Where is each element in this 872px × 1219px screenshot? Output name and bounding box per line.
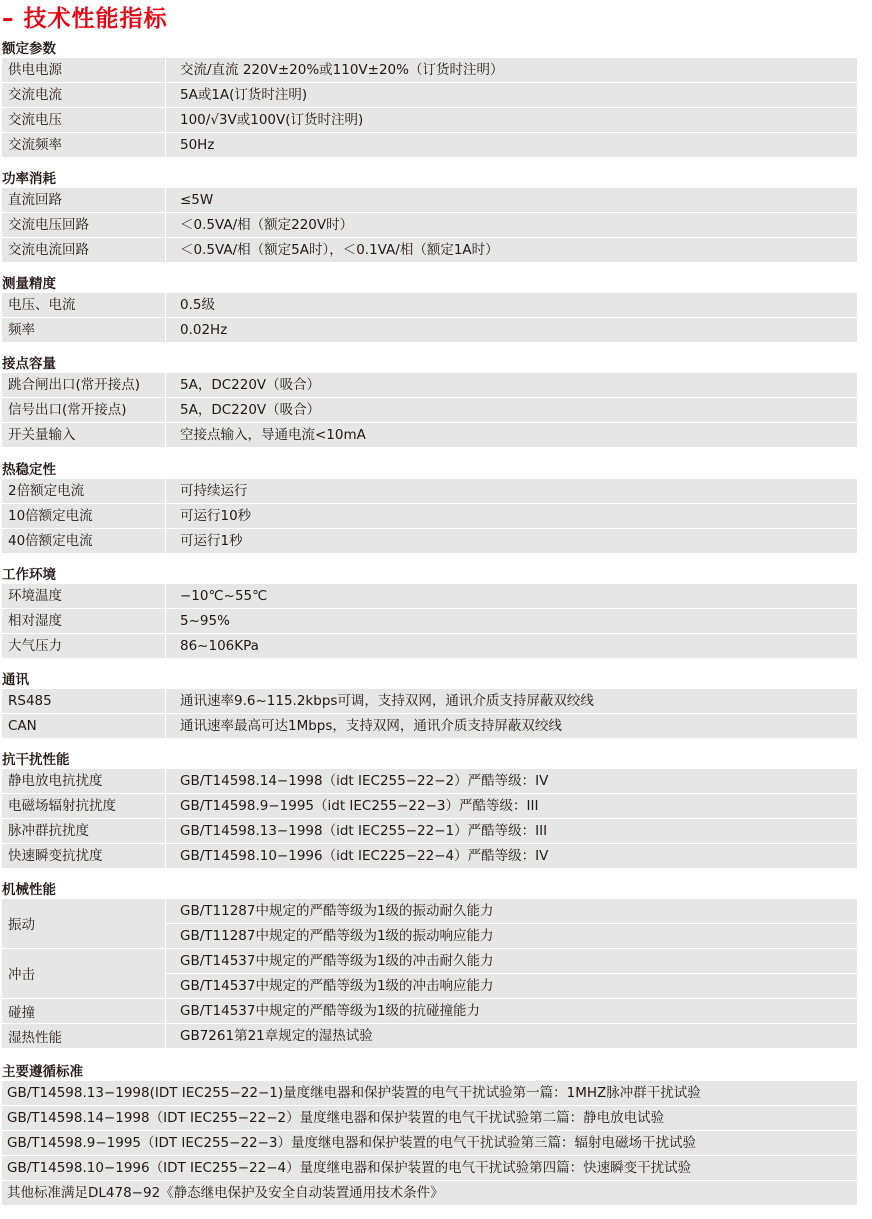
spec-label: 振动 <box>2 899 166 948</box>
spec-value: 空接点输入，导通电流<10mA <box>166 423 857 447</box>
spec-value: 通讯速率9.6~115.2kbps可调，支持双网，通讯介质支持屏蔽双绞线 <box>166 689 857 713</box>
section-heading: 功率消耗 <box>2 170 857 188</box>
section-heading: 主要遵循标准 <box>2 1063 857 1081</box>
spec-row: 直流回路 ≤5W <box>2 188 857 212</box>
section-heading: 机械性能 <box>2 881 857 899</box>
page-title: – 技术性能指标 <box>2 4 168 34</box>
spec-row: 供电电源 交流/直流 220V±20%或110V±20%（订货时注明） <box>2 58 857 82</box>
spec-label: 交流电流回路 <box>2 238 166 262</box>
spec-label: 交流电压 <box>2 108 166 132</box>
spec-group: 振动 GB/T11287中规定的严酷等级为1级的振动耐久能力 GB/T11287… <box>2 899 857 948</box>
spec-value: GB/T11287中规定的严酷等级为1级的振动耐久能力 <box>166 899 857 923</box>
spec-value: 可运行1秒 <box>166 529 857 553</box>
section-emc-immunity: 抗干扰性能 静电放电抗扰度 GB/T14598.14−1998（idt IEC2… <box>2 751 857 869</box>
spec-value: 5A，DC220V（吸合） <box>166 373 857 397</box>
spec-row: 电压、电流 0.5级 <box>2 293 857 317</box>
spec-label: 信号出口(常开接点) <box>2 398 166 422</box>
spec-row: 跳合闸出口(常开接点) 5A，DC220V（吸合） <box>2 373 857 397</box>
standard-item: 其他标准满足DL478−92《静态继电保护及安全自动装置通用技术条件》 <box>2 1181 857 1205</box>
spec-value: 0.02Hz <box>166 318 857 342</box>
spec-value: 可持续运行 <box>166 479 857 503</box>
spec-value: 5~95% <box>166 609 857 633</box>
section-power-consumption: 功率消耗 直流回路 ≤5W 交流电压回路 ＜0.5VA/相（额定220V时） 交… <box>2 170 857 263</box>
spec-label: 直流回路 <box>2 188 166 212</box>
spec-value: GB/T14598.10−1996（idt IEC225−22−4）严酷等级：I… <box>166 844 857 868</box>
spec-label: 相对湿度 <box>2 609 166 633</box>
spec-label: 交流频率 <box>2 133 166 157</box>
section-measurement-accuracy: 测量精度 电压、电流 0.5级 频率 0.02Hz <box>2 275 857 343</box>
spec-value: ＜0.5VA/相（额定220V时） <box>166 213 857 237</box>
spec-row: 交流电流 5A或1A(订货时注明) <box>2 83 857 107</box>
spec-value: ＜0.5VA/相（额定5A时），＜0.1VA/相（额定1A时） <box>166 238 857 262</box>
spec-label: CAN <box>2 714 166 738</box>
spec-label: 环境温度 <box>2 584 166 608</box>
spec-value: 5A或1A(订货时注明) <box>166 83 857 107</box>
spec-value: 交流/直流 220V±20%或110V±20%（订货时注明） <box>166 58 857 82</box>
spec-label: RS485 <box>2 689 166 713</box>
spec-label: 快速瞬变抗扰度 <box>2 844 166 868</box>
standard-item: GB/T14598.9−1995（IDT IEC255−22−3）量度继电器和保… <box>2 1131 857 1155</box>
spec-row: 静电放电抗扰度 GB/T14598.14−1998（idt IEC255−22−… <box>2 769 857 793</box>
spec-label: 湿热性能 <box>2 1024 166 1048</box>
section-contact-capacity: 接点容量 跳合闸出口(常开接点) 5A，DC220V（吸合） 信号出口(常开接点… <box>2 355 857 448</box>
spec-label: 供电电源 <box>2 58 166 82</box>
section-heading: 抗干扰性能 <box>2 751 857 769</box>
spec-value: GB/T14537中规定的严酷等级为1级的冲击响应能力 <box>166 974 857 998</box>
spec-value: 86~106KPa <box>166 634 857 658</box>
spec-value: 0.5级 <box>166 293 857 317</box>
section-heading: 通讯 <box>2 671 857 689</box>
spec-label: 频率 <box>2 318 166 342</box>
spec-value: GB/T14598.9−1995（idt IEC255−22−3）严酷等级：II… <box>166 794 857 818</box>
spec-label: 静电放电抗扰度 <box>2 769 166 793</box>
spec-label: 2倍额定电流 <box>2 479 166 503</box>
section-heading: 工作环境 <box>2 566 857 584</box>
spec-value: GB/T14598.14−1998（idt IEC255−22−2）严酷等级：I… <box>166 769 857 793</box>
spec-label: 脉冲群抗扰度 <box>2 819 166 843</box>
spec-label: 交流电流 <box>2 83 166 107</box>
spec-row: 信号出口(常开接点) 5A，DC220V（吸合） <box>2 398 857 422</box>
spec-value: 100/√3V或100V(订货时注明) <box>166 108 857 132</box>
section-thermal-stability: 热稳定性 2倍额定电流 可持续运行 10倍额定电流 可运行10秒 40倍额定电流… <box>2 461 857 554</box>
section-heading: 热稳定性 <box>2 461 857 479</box>
spec-value: 可运行10秒 <box>166 504 857 528</box>
spec-label: 电压、电流 <box>2 293 166 317</box>
spec-value: GB/T11287中规定的严酷等级为1级的振动响应能力 <box>166 924 857 948</box>
spec-group: 冲击 GB/T14537中规定的严酷等级为1级的冲击耐久能力 GB/T14537… <box>2 949 857 998</box>
spec-row: 交流电压 100/√3V或100V(订货时注明) <box>2 108 857 132</box>
spec-row: 10倍额定电流 可运行10秒 <box>2 504 857 528</box>
spec-label: 10倍额定电流 <box>2 504 166 528</box>
spec-group: 湿热性能 GB7261第21章规定的湿热试验 <box>2 1024 857 1048</box>
spec-row: 快速瞬变抗扰度 GB/T14598.10−1996（idt IEC225−22−… <box>2 844 857 868</box>
section-heading: 测量精度 <box>2 275 857 293</box>
spec-row: 脉冲群抗扰度 GB/T14598.13−1998（idt IEC255−22−1… <box>2 819 857 843</box>
spec-value: GB7261第21章规定的湿热试验 <box>166 1024 857 1048</box>
spec-value: GB/T14598.13−1998（idt IEC255−22−1）严酷等级：I… <box>166 819 857 843</box>
section-heading: 接点容量 <box>2 355 857 373</box>
spec-value: 5A，DC220V（吸合） <box>166 398 857 422</box>
spec-row: 频率 0.02Hz <box>2 318 857 342</box>
standard-item: GB/T14598.13−1998(IDT IEC255−22−1)量度继电器和… <box>2 1081 857 1105</box>
spec-label: 40倍额定电流 <box>2 529 166 553</box>
spec-value: 50Hz <box>166 133 857 157</box>
spec-row: 40倍额定电流 可运行1秒 <box>2 529 857 553</box>
section-standards: 主要遵循标准 GB/T14598.13−1998(IDT IEC255−22−1… <box>2 1063 857 1206</box>
spec-value: GB/T14537中规定的严酷等级为1级的冲击耐久能力 <box>166 949 857 973</box>
section-working-environment: 工作环境 环境温度 −10℃~55℃ 相对湿度 5~95% 大气压力 86~10… <box>2 566 857 659</box>
section-rated-parameters: 额定参数 供电电源 交流/直流 220V±20%或110V±20%（订货时注明）… <box>2 40 857 158</box>
spec-value: ≤5W <box>166 188 857 212</box>
spec-row: 开关量输入 空接点输入，导通电流<10mA <box>2 423 857 447</box>
spec-row: 相对湿度 5~95% <box>2 609 857 633</box>
spec-value: −10℃~55℃ <box>166 584 857 608</box>
standard-item: GB/T14598.10−1996（IDT IEC255−22−4）量度继电器和… <box>2 1156 857 1180</box>
spec-row: 交流电流回路 ＜0.5VA/相（额定5A时），＜0.1VA/相（额定1A时） <box>2 238 857 262</box>
spec-label: 大气压力 <box>2 634 166 658</box>
spec-label: 冲击 <box>2 949 166 998</box>
section-communication: 通讯 RS485 通讯速率9.6~115.2kbps可调，支持双网，通讯介质支持… <box>2 671 857 739</box>
spec-row: RS485 通讯速率9.6~115.2kbps可调，支持双网，通讯介质支持屏蔽双… <box>2 689 857 713</box>
section-heading: 额定参数 <box>2 40 857 58</box>
spec-row: 大气压力 86~106KPa <box>2 634 857 658</box>
section-mechanical-performance: 机械性能 振动 GB/T11287中规定的严酷等级为1级的振动耐久能力 GB/T… <box>2 881 857 1049</box>
spec-row: CAN 通讯速率最高可达1Mbps，支持双网，通讯介质支持屏蔽双绞线 <box>2 714 857 738</box>
spec-row: 环境温度 −10℃~55℃ <box>2 584 857 608</box>
spec-label: 交流电压回路 <box>2 213 166 237</box>
spec-row: 2倍额定电流 可持续运行 <box>2 479 857 503</box>
spec-value: 通讯速率最高可达1Mbps，支持双网，通讯介质支持屏蔽双绞线 <box>166 714 857 738</box>
spec-value: GB/T14537中规定的严酷等级为1级的抗碰撞能力 <box>166 999 857 1023</box>
spec-row: 交流电压回路 ＜0.5VA/相（额定220V时） <box>2 213 857 237</box>
spec-row: 交流频率 50Hz <box>2 133 857 157</box>
spec-label: 开关量输入 <box>2 423 166 447</box>
spec-label: 电磁场辐射抗扰度 <box>2 794 166 818</box>
spec-label: 跳合闸出口(常开接点) <box>2 373 166 397</box>
spec-label: 碰撞 <box>2 999 166 1023</box>
spec-group: 碰撞 GB/T14537中规定的严酷等级为1级的抗碰撞能力 <box>2 999 857 1023</box>
spec-row: 电磁场辐射抗扰度 GB/T14598.9−1995（idt IEC255−22−… <box>2 794 857 818</box>
standard-item: GB/T14598.14−1998（IDT IEC255−22−2）量度继电器和… <box>2 1106 857 1130</box>
